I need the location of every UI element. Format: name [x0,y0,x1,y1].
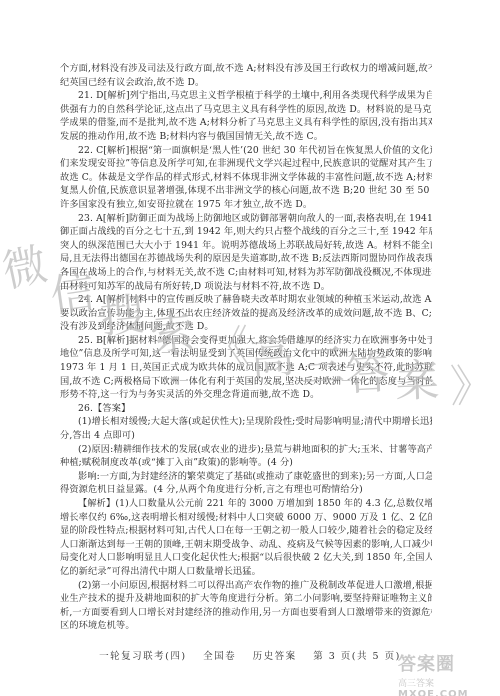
text-line: 人口渐渐达到每一王朝的顶峰,王朝末期受战争、动乱、疫病及气候等因素的影响,人口减… [60,538,432,552]
text-line: 21. D[解析]列宁指出,马克思主义哲学根植于科学的土壤中,利用各类现代科学成… [60,89,432,103]
watermark-char: 微 [0,228,52,300]
footer-paper: 全国卷 [203,651,236,662]
text-line: 供强有力的自然科学论证,这点出了马克思主义具有科学性的原因,故选 D。材料说的是… [60,103,432,117]
text-line: 影响:一方面,为封建经济的繁荣奠定了基础(或推动了康乾盛世的到来);另一方面,人… [60,470,432,484]
text-line: (1)增长相对缓慢;大起大落(或起伏性大);呈现阶段性;受时局影响明显;清代中期… [60,415,432,429]
text-line: 23. A[解析]防御正面为战场上防御地区或防御部署朝向敌人的一面,表格表明,在… [60,212,432,226]
text-line: 纪英国已经有议会政治,故不选 D。 [60,76,432,90]
text-line: 没有涉及到经济体制问题,故不选 D。 [60,320,432,334]
text-line: 增长率仅约 6‰,这表明增长相对缓慢;材料中人口突破 6000 万、9000 万… [60,511,432,525]
text-line: 25. B[解析]据材料“德国将会变得更加强大,将会凭借雄厚的经济实力在欧洲事务… [60,334,432,348]
footer-page-number: 第 3 页(共 5 页) [313,651,401,662]
text-line: 国,故不选 C;两极格局下欧洲一体化有利于英国的发展,坚决反对欧洲一体化的态度与… [60,375,432,389]
text-line: 突人的纵深范围已大大小于 1941 年。说明苏德战场上苏联战局好转,故选 A。材… [60,239,432,253]
text-line: 各国在战场上的合作,与材料无关,故不选 C;由材料可知,材料为苏军防御战役概况,… [60,266,432,280]
text-line: 复黑人价值,民族意识显著增强,体现不出非洲文学的核心问题,故不选 B;20 世纪… [60,184,432,198]
logo-url: MXQE.COM [398,689,498,696]
text-line: 析,一方面要看到人口增长对封建经济的推动作用,另一方面也要看到人口激增带来的资源… [60,606,432,620]
text-line: 故选 C。体裁是文学作品的样式形式,材料不体现非洲文学体裁的丰富性问题,故不选 … [60,171,432,185]
text-line: 要以政治宣传功能为主,体现不出农庄经济效益的提高及经济改革的成效问题,故不选 B… [60,307,432,321]
text-line: 1973 年 1 月 1 日,英国正式成为欧共体的成员国,故不选 A;C 项表述… [60,361,432,375]
logo-subtitle: 高三答案 [398,676,498,689]
text-line: 显的阶段性特点;根据材料可知,古代人口在每一王朝之初一般人口较少,随着社会的稳定… [60,524,432,538]
text-line: 们来发现安哥拉”等信息及所学可知,在非洲现代文学兴起过程中,民族意识的觉醒对其产… [60,157,432,171]
text-line: (2)第一小问原因,根据材料二可以得出高产农作物的推广及税制改革促进人口激增,根… [60,579,432,593]
text-line: (2)原因:精耕细作技术的发展(或农业的进步);垦荒与耕地面积的扩大;玉米、甘薯… [60,443,432,457]
text-line: 许多国家没有独立,如安哥拉就在 1975 年才独立,故不选 D。 [60,198,432,212]
text-line: 御正面占战线的百分之七十五,到 1942 年,则大约只占整个战线的百分之三十,至… [60,225,432,239]
text-line: 24. A[解析]材料中的宣传画反映了赫鲁晓夫改革时期农业领域的种植玉米运动,故… [60,293,432,307]
text-line: 局,且无法得出德国在苏德战场失利的原因是失道寡助,故不选 B;反法西斯同盟协同作… [60,252,432,266]
text-line: 分,答出 4 点即可) [60,429,432,443]
document-body: 个方面,材料没有涉及司法及行政方面,故不选 A;材料没有涉及国王行政权力的增减问… [60,62,432,633]
text-line: 个方面,材料没有涉及司法及行政方面,故不选 A;材料没有涉及国王行政权力的增减问… [60,62,432,76]
logo-title: 答案圈 [398,650,498,676]
text-line: 学成果的借鉴,而不是批判,故不选 A;材料分析了马克思主义具有科学性的原因,没有… [60,116,432,130]
text-line: 局变化对人口影响明显且人口变化起伏性大;根据“以后很快破 2 亿大关,到 185… [60,551,432,565]
site-logo-watermark: 答案圈 高三答案 MXQE.COM [398,650,498,696]
text-line: 26.【答案】 [60,402,432,416]
text-line: 【解析】(1)人口数量从公元前 221 年的 3000 万增加到 1850 年的… [60,497,432,511]
text-line: 发展的推动作用,故不选 B;材料内容与俄国国情无关,故不选 C。 [60,130,432,144]
text-line: 得资源危机日益显露。(4 分,从两个角度进行分析,言之有理也可酌情给分) [60,483,432,497]
text-line: 种植;赋税制度改革(或“摊丁入亩”政策)的影响等。(4 分) [60,456,432,470]
footer-exam: 一轮复习联考(四) [99,651,186,662]
text-line: 地位”信息及所学可知,这一看法明显受到了英国传统政治文化中的欧洲大陆均势政策的影… [60,347,432,361]
footer-subject: 历史答案 [253,651,297,662]
text-line: 22. C[解析]根据“第一面旗帜是‘黑人性’(20 世纪 30 年代初旨在恢复… [60,144,432,158]
text-line: 形势不符,这一行为与务实灵活的外交理念背道而驰,故不选 D。 [60,388,432,402]
text-line: 区的环境危机等。 [60,619,432,633]
watermark-char: 》 [449,349,495,414]
text-line: 业生产技术的提升及耕地面积的扩大等角度进行分析。第二小问影响,要坚持辩证唯物主义… [60,592,432,606]
text-line: 由材料可知苏军的战局有所好转,D 项说法与材料不符,故不选 D。 [60,280,432,294]
text-line: 亿的新纪录”可得出清代中期人口数量增长迅猛。 [60,565,432,579]
